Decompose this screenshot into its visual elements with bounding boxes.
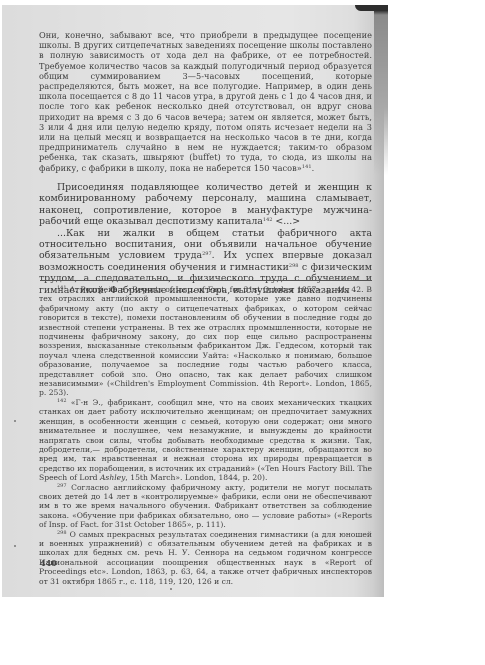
footnote-number: 298	[57, 530, 67, 536]
footnote-italic-name: Ashley	[100, 473, 125, 482]
footnote-ref-298: 298	[289, 263, 299, 269]
footnote-ref-141: 141	[302, 164, 312, 170]
footnote-ref-142: 142	[263, 217, 273, 223]
footnote-text-end: , 15th March». London, 1844, p. 20).	[125, 473, 267, 482]
main-text-block: Они, конечно, забывают все, что приобрел…	[39, 30, 372, 173]
footnote-text: О самых прекрасных результатах соединени…	[39, 530, 372, 586]
footnote-divider	[40, 280, 372, 281]
footnote-number: 297	[57, 483, 67, 489]
footnote-number: 142	[57, 398, 67, 404]
paper-speck	[14, 420, 16, 422]
book-spine-edge	[355, 5, 388, 11]
footnote-298: 298 О самых прекрасных результатах соеди…	[39, 530, 372, 586]
page-number: 440	[40, 558, 57, 568]
main-text-block-2: Присоединяя подавляющее количество детей…	[39, 182, 372, 296]
footnote-text: «Г-н Э., фабрикант, сообщил мне, что на …	[39, 398, 372, 482]
ellipsis-marker: <...>	[272, 216, 300, 227]
footnote-text: Согласно английскому фабричному акту, ро…	[39, 483, 372, 530]
paragraph-1: Они, конечно, забывают все, что приобрел…	[39, 30, 372, 173]
paragraph-2-text: Присоединяя подавляющее количество детей…	[39, 182, 372, 227]
footnote-141: 141 А. Редгрейв в «Reports of Insp. of F…	[39, 285, 372, 398]
footnote-text: А. Редгрейв в «Reports of Insp. of Fact.…	[39, 285, 372, 397]
footnote-297: 297 Согласно английскому фабричному акту…	[39, 483, 372, 530]
footnote-142: 142 «Г-н Э., фабрикант, сообщил мне, что…	[39, 398, 372, 483]
paper-speck	[170, 588, 172, 590]
footnote-number: 141	[57, 285, 67, 291]
paragraph-1-text: Они, конечно, забывают все, что приобрел…	[39, 30, 372, 173]
footnote-ref-297: 297	[202, 251, 212, 257]
paper-speck	[14, 545, 16, 547]
footnotes-block: 141 А. Редгрейв в «Reports of Insp. of F…	[39, 285, 372, 586]
paragraph-2: Присоединяя подавляющее количество детей…	[39, 182, 372, 228]
book-spine-shadow	[374, 5, 388, 175]
